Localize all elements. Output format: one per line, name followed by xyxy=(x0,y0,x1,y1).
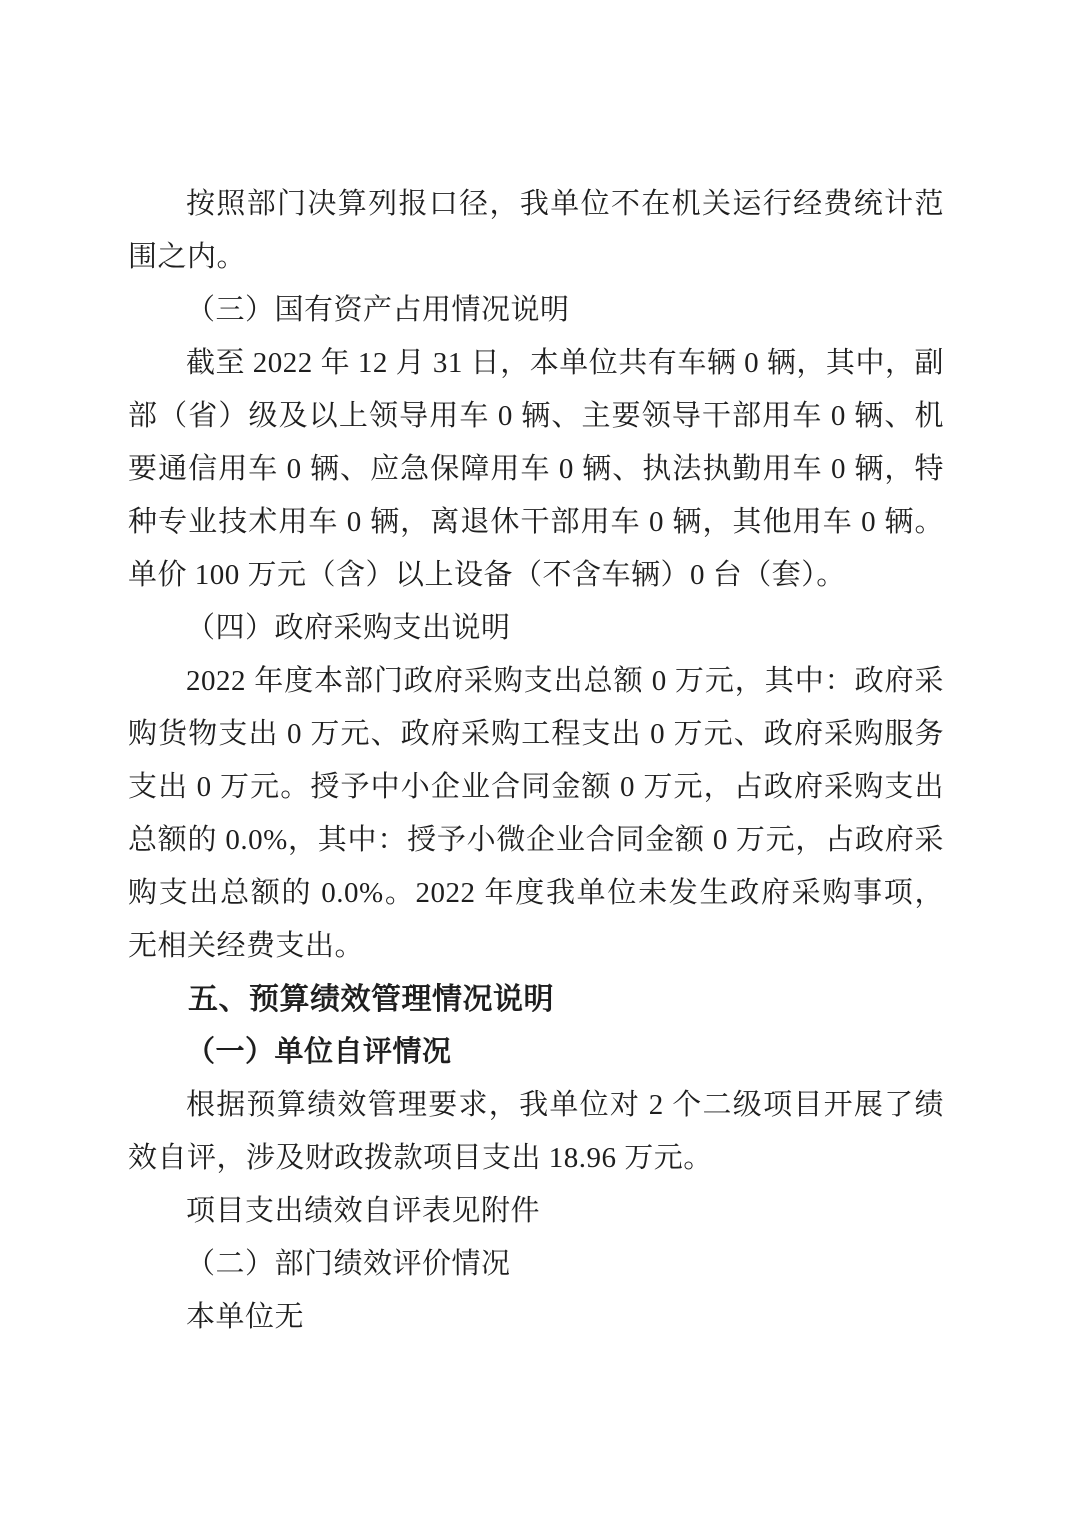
para-gov-procurement-detail: 2022 年度本部门政府采购支出总额 0 万元，其中：政府采购货物支出 0 万元… xyxy=(128,655,944,973)
heading-dept-performance-evaluation: （二）部门绩效评价情况 xyxy=(128,1238,944,1291)
para-admin-expense-scope: 按照部门决算列报口径，我单位不在机关运行经费统计范围之内。 xyxy=(128,178,944,284)
para-state-assets-detail: 截至 2022 年 12 月 31 日，本单位共有车辆 0 辆，其中，副部（省）… xyxy=(128,337,944,602)
heading-state-assets: （三）国有资产占用情况说明 xyxy=(128,284,944,337)
para-self-evaluation-detail: 根据预算绩效管理要求，我单位对 2 个二级项目开展了绩效自评，涉及财政拨款项目支… xyxy=(128,1079,944,1185)
para-none-note: 本单位无 xyxy=(128,1291,944,1344)
para-attachment-note: 项目支出绩效自评表见附件 xyxy=(128,1185,944,1238)
heading-budget-performance: 五、预算绩效管理情况说明 xyxy=(128,973,944,1026)
heading-unit-self-evaluation: （一）单位自评情况 xyxy=(128,1026,944,1079)
heading-gov-procurement: （四）政府采购支出说明 xyxy=(128,602,944,655)
document-page: 按照部门决算列报口径，我单位不在机关运行经费统计范围之内。 （三）国有资产占用情… xyxy=(128,178,944,1344)
